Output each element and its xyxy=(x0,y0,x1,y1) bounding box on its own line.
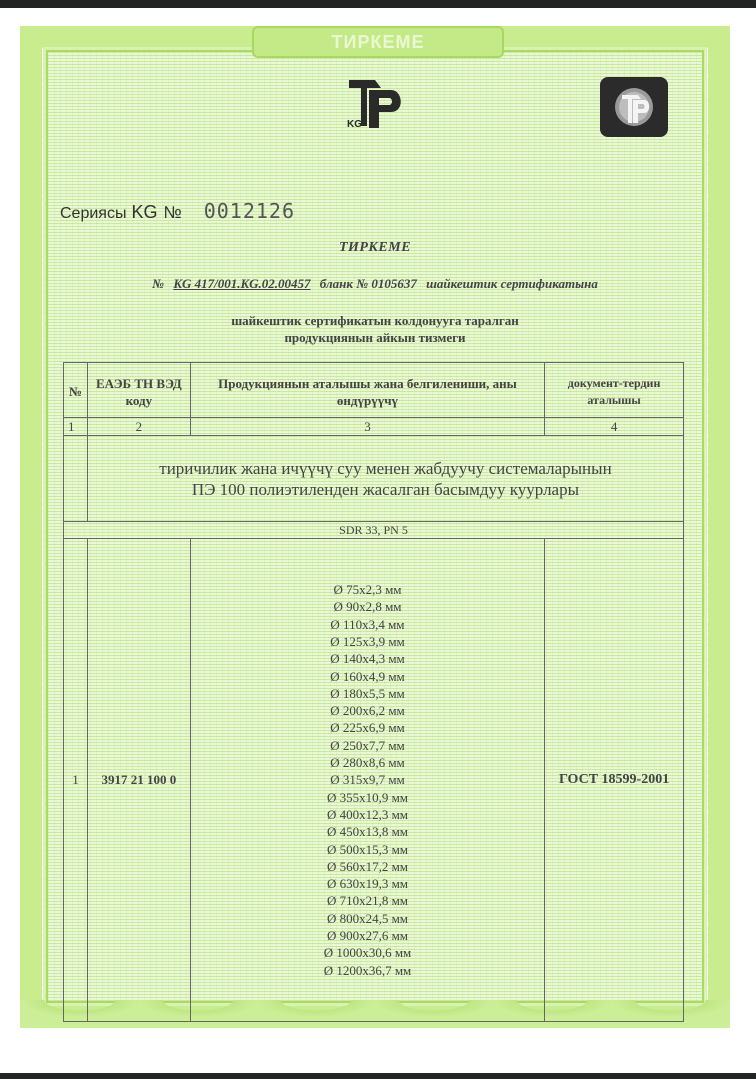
subtitle-line-2: продукциянын айкын тизмеги xyxy=(46,329,704,346)
bottom-dark-bar xyxy=(0,1073,756,1079)
subtitle-line-1: шайкештик сертификатын колдонууга таралг… xyxy=(46,312,704,329)
product-description: тиричилик жана ичүүчү суу менен жабдуучу… xyxy=(87,436,683,522)
size-item: Ø 180х5,5 мм xyxy=(191,685,544,702)
group-label-row: SDR 33, PN 5 xyxy=(64,522,684,539)
size-item: Ø 355х10,9 мм xyxy=(191,789,544,806)
size-item: Ø 500х15,3 мм xyxy=(191,841,544,858)
cert-number-sign: № xyxy=(152,276,164,291)
table-row: 1 3917 21 100 0 Ø 75х2,3 ммØ 90х2,8 ммØ … xyxy=(64,539,684,1022)
size-item: Ø 630х19,3 мм xyxy=(191,875,544,892)
table-header-row: № ЕАЭБ ТН ВЭД коду Продукциянын аталышы … xyxy=(64,363,684,418)
column-numbers-row: 1 2 3 4 xyxy=(64,418,684,436)
header-number: № xyxy=(64,363,88,418)
title-tab: ТИРКЕМЕ xyxy=(252,26,504,58)
series-label: Сериясы xyxy=(60,205,126,223)
size-item: Ø 1000х30,6 мм xyxy=(191,944,544,961)
size-item: Ø 225х6,9 мм xyxy=(191,719,544,736)
size-item: Ø 800х24,5 мм xyxy=(191,910,544,927)
header-code: ЕАЭБ ТН ВЭД коду xyxy=(87,363,190,418)
size-item: Ø 280х8,6 мм xyxy=(191,754,544,771)
blank-number: бланк № 0105637 xyxy=(320,276,417,291)
size-item: Ø 125х3,9 мм xyxy=(191,633,544,650)
certificate-reference: № KG 417/001.KG.02.00457 бланк № 0105637… xyxy=(46,276,704,292)
list-subtitle: шайкештик сертификатын колдонууга таралг… xyxy=(46,312,704,346)
svg-text:KG: KG xyxy=(347,119,362,130)
size-item: Ø 900х27,6 мм xyxy=(191,927,544,944)
size-item: Ø 250х7,7 мм xyxy=(191,737,544,754)
number-sign: № xyxy=(163,203,181,223)
size-item: Ø 710х21,8 мм xyxy=(191,892,544,909)
tr-kg-logo-icon: KG xyxy=(345,78,407,130)
size-item: Ø 90х2,8 мм xyxy=(191,598,544,615)
product-description-row: тиричилик жана ичүүчү суу менен жабдуучу… xyxy=(64,436,684,522)
row-document: ГОСТ 18599-2001 xyxy=(545,539,684,1022)
top-dark-bar xyxy=(0,0,756,8)
row-index: 1 xyxy=(64,539,88,1022)
size-item: Ø 560х17,2 мм xyxy=(191,858,544,875)
header-product-name: Продукциянын аталышы жана белгилениши, а… xyxy=(190,363,544,418)
sizes-list: Ø 75х2,3 ммØ 90х2,8 ммØ 110х3,4 ммØ 125х… xyxy=(191,581,544,979)
size-item: Ø 140х4,3 мм xyxy=(191,650,544,667)
header-document: документ-тердин аталышы xyxy=(545,363,684,418)
size-item: Ø 400х12,3 мм xyxy=(191,806,544,823)
cert-suffix: шайкештик сертификатына xyxy=(426,276,598,291)
column-number-2: 2 xyxy=(87,418,190,436)
group-label: SDR 33, PN 5 xyxy=(64,522,684,539)
size-item: Ø 75х2,3 мм xyxy=(191,581,544,598)
cert-number: KG 417/001.KG.02.00457 xyxy=(173,276,310,291)
size-item: Ø 450х13,8 мм xyxy=(191,823,544,840)
series-prefix: KG xyxy=(131,202,157,223)
size-item: Ø 1200х36,7 мм xyxy=(191,962,544,979)
certification-badge xyxy=(600,77,668,137)
tr-badge-icon xyxy=(608,83,660,131)
size-item: Ø 200х6,2 мм xyxy=(191,702,544,719)
series-number-line: Сериясы KG № 0012126 xyxy=(60,199,295,223)
size-item: Ø 315х9,7 мм xyxy=(191,771,544,788)
product-table: № ЕАЭБ ТН ВЭД коду Продукциянын аталышы … xyxy=(63,362,684,1022)
size-item: Ø 160х4,9 мм xyxy=(191,668,544,685)
row-sizes: Ø 75х2,3 ммØ 90х2,8 ммØ 110х3,4 ммØ 125х… xyxy=(190,539,544,1022)
row-code: 3917 21 100 0 xyxy=(87,539,190,1022)
series-number: 0012126 xyxy=(204,199,295,223)
column-number-4: 4 xyxy=(545,418,684,436)
column-number-1: 1 xyxy=(64,418,88,436)
column-number-3: 3 xyxy=(190,418,544,436)
description-spacer xyxy=(64,436,88,522)
appendix-title: ТИРКЕМЕ xyxy=(46,240,704,256)
size-item: Ø 110х3,4 мм xyxy=(191,616,544,633)
